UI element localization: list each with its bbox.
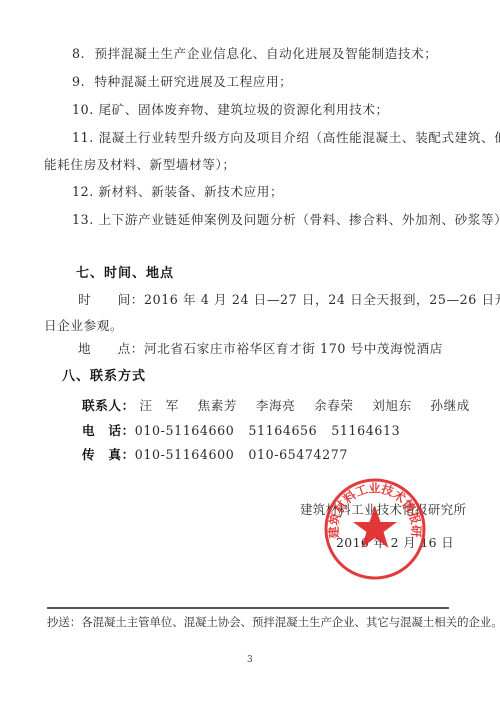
list-item-11: 11. 混凝土行业转型升级方向及项目介绍（高性能混凝土、装配式建筑、低 (72, 130, 500, 146)
item-number: 9. (72, 74, 85, 89)
contact-name: 焦素芳 (198, 398, 238, 413)
cc-line: 抄送：各混凝土主管单位、混凝土协会、预拌混凝土生产企业、其它与混凝土相关的企业。 (47, 614, 500, 630)
list-item-8: 8. 预拌混凝土生产企业信息化、自动化进展及智能制造技术； (72, 46, 437, 62)
item-text: 预拌混凝土生产企业信息化、自动化进展及智能制造技术； (94, 46, 437, 61)
page-number: 3 (247, 655, 253, 665)
fax-row: 传 真：010-51164600010-65474277 (82, 447, 348, 463)
contact-name: 孙继成 (430, 398, 470, 413)
item-text: 特种混凝土研究进展及工程应用； (94, 74, 292, 89)
contact-name: 李海亮 (256, 398, 296, 413)
place-row: 地 点：河北省石家庄市裕华区育才街 170 号中茂海悦酒店 (78, 341, 443, 357)
place-label: 地 点： (78, 341, 144, 356)
item-number: 11. (72, 130, 94, 145)
document-page: 8. 预拌混凝土生产企业信息化、自动化进展及智能制造技术； 9. 特种混凝土研究… (0, 0, 500, 707)
section-heading-contact: 八、联系方式 (62, 369, 146, 385)
fax-number: 010-51164600 (135, 447, 235, 462)
list-item-10: 10. 尾矿、固体废弃物、建筑垃圾的资源化利用技术； (72, 102, 389, 118)
time-label: 时 间： (78, 292, 144, 307)
item-number: 12. (72, 184, 94, 199)
item-text: 新材料、新装备、新技术应用； (98, 184, 283, 199)
section-heading-time-place: 七、时间、地点 (76, 266, 174, 282)
item-number: 10. (72, 102, 94, 117)
item-text: 上下游产业链延伸案例及问题分析（骨料、掺合料、外加剂、砂浆等）。 (98, 212, 500, 227)
contact-name: 刘旭东 (372, 398, 412, 413)
divider-line (47, 607, 449, 609)
item-number: 8. (72, 46, 85, 61)
contacts-label: 联系人： (82, 398, 135, 414)
item-text: 混凝土行业转型升级方向及项目介绍（高性能混凝土、装配式建筑、低 (98, 130, 500, 145)
time-row: 时 间：2016 年 4 月 24 日—27 日，24 日全天报到，25—26 … (78, 292, 500, 308)
phone-number: 51164656 (248, 423, 317, 438)
contact-name: 余春荣 (314, 398, 354, 413)
phone-number: 010-51164660 (135, 423, 235, 438)
item-number: 13. (72, 212, 94, 227)
place-value: 河北省石家庄市裕华区育才街 170 号中茂海悦酒店 (144, 341, 443, 356)
contact-name: 汪 军 (139, 398, 179, 413)
list-item-12: 12. 新材料、新装备、新技术应用； (72, 184, 283, 200)
contacts-row: 联系人： 汪 军 焦素芳 李海亮 余春荣 刘旭东 孙继成 (82, 398, 470, 414)
phone-row: 电 话：010-511646605116465651164613 (82, 423, 400, 439)
phone-label: 电 话： (82, 423, 135, 439)
list-item-13: 13. 上下游产业链延伸案例及问题分析（骨料、掺合料、外加剂、砂浆等）。 (72, 212, 500, 228)
time-value: 2016 年 4 月 24 日—27 日，24 日全天报到，25—26 日开会，… (144, 292, 500, 307)
list-item-11-continuation: 能耗住房及材料、新型墙材等）； (44, 157, 236, 173)
fax-number: 010-65474277 (248, 447, 348, 462)
phone-number: 51164613 (331, 423, 400, 438)
time-continuation: 日企业参观。 (44, 318, 123, 334)
item-text: 尾矿、固体废弃物、建筑垃圾的资源化利用技术； (98, 102, 388, 117)
list-item-9: 9. 特种混凝土研究进展及工程应用； (72, 74, 292, 90)
fax-label: 传 真： (82, 447, 135, 463)
official-seal-icon: 建筑材料工业技术情报研究所 (322, 476, 428, 582)
